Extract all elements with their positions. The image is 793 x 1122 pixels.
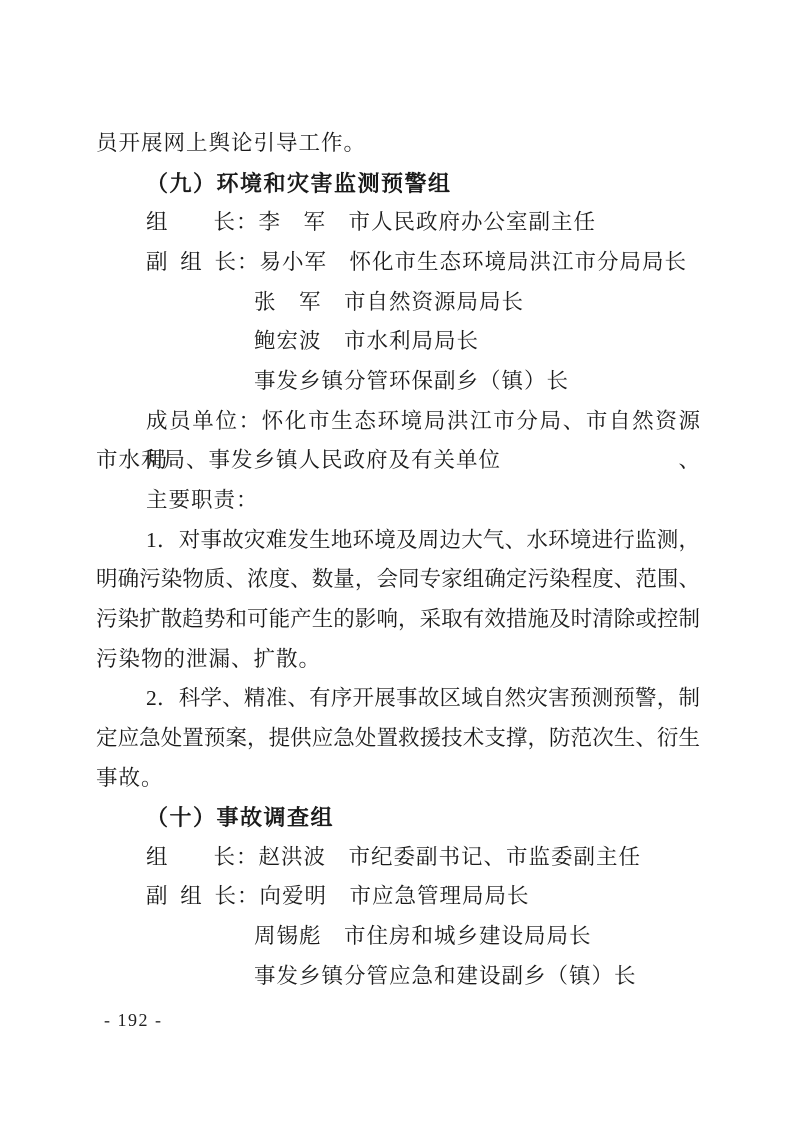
group10-deputy-row: 周锡彪 市住房和城乡建设局局长 [96, 917, 700, 957]
section-9-heading: （九）环境和灾害监测预警组 [96, 164, 700, 204]
paragraph-continuation-line: 员开展网上舆论引导工作。 [96, 124, 700, 164]
group9-duties-label: 主要职责： [96, 481, 700, 521]
group9-deputy-row: 鲍宏波 市水利局局长 [96, 322, 700, 362]
group9-duty1-line: 1．对事故灾难发生地环境及周边大气、水环境进行监测， [96, 521, 700, 561]
group9-duty2-line: 定应急处置预案，提供应急处置救援技术支撑，防范次生、衍生 [96, 719, 700, 759]
section-10-heading: （十）事故调查组 [96, 798, 700, 838]
group9-leader-row: 组 长：李 军 市人民政府办公室副主任 [96, 203, 700, 243]
group9-duty2-line: 事故。 [96, 759, 700, 799]
group9-duty1-line: 明确污染物质、浓度、数量，会同专家组确定污染程度、范围、 [96, 560, 700, 600]
page-number: - 192 - [104, 1010, 163, 1030]
document-body: 员开展网上舆论引导工作。 （九）环境和灾害监测预警组 组 长：李 军 市人民政府… [96, 124, 700, 996]
group9-deputy-row: 张 军 市自然资源局局长 [96, 283, 700, 323]
group9-deputy-row: 副 组 长：易小军 怀化市生态环境局洪江市分局局长 [96, 243, 700, 283]
group9-duty1-line: 污染扩散趋势和可能产生的影响，采取有效措施及时清除或控制 [96, 600, 700, 640]
group9-members-line: 成员单位：怀化市生态环境局洪江市分局、市自然资源局、 [96, 402, 700, 442]
group10-leader-row: 组 长：赵洪波 市纪委副书记、市监委副主任 [96, 838, 700, 878]
group10-deputy-row: 事发乡镇分管应急和建设副乡（镇）长 [96, 957, 700, 997]
group9-deputy-row: 事发乡镇分管环保副乡（镇）长 [96, 362, 700, 402]
group9-duty1-line: 污染物的泄漏、扩散。 [96, 640, 700, 680]
group10-deputy-row: 副 组 长：向爱明 市应急管理局局长 [96, 877, 700, 917]
document-page: 员开展网上舆论引导工作。 （九）环境和灾害监测预警组 组 长：李 军 市人民政府… [0, 0, 793, 1122]
group9-duty2-line: 2．科学、精准、有序开展事故区域自然灾害预测预警，制 [96, 679, 700, 719]
